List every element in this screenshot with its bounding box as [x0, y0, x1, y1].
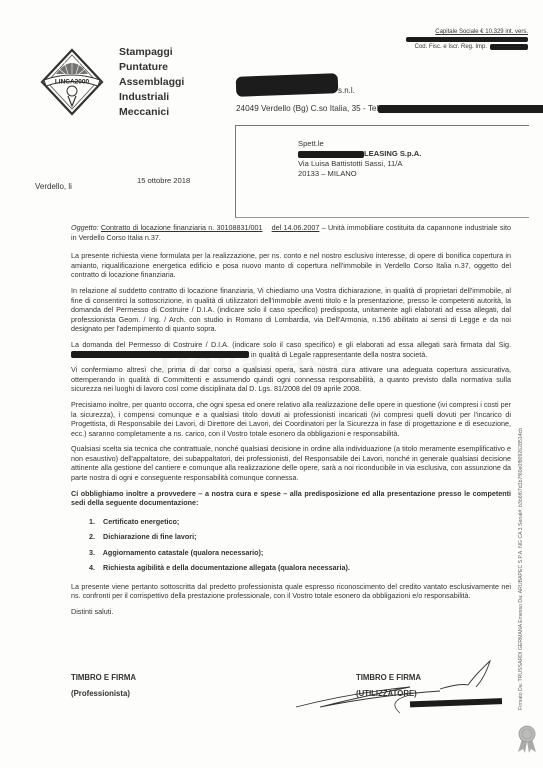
paragraph-text: in qualità di Legale rappresentante dell…: [251, 350, 427, 359]
tagline: Assemblaggi: [119, 75, 184, 90]
svg-text:LINCA2000: LINCA2000: [55, 79, 90, 86]
paragraph: In relazione al suddetto contratto di lo…: [71, 286, 511, 334]
paragraph: La presente viene pertanto sottoscritta …: [71, 582, 511, 601]
list-item: 3. Aggiornamento catastale (qualora nece…: [89, 545, 511, 561]
company-name: s.n.l.: [236, 75, 355, 95]
digital-signature-text: Firmato Da: TRUSSARDI GERMANA Emesso Da:…: [518, 428, 524, 710]
subject-label: Oggetto:: [71, 223, 99, 232]
paragraph: Precisiamo inoltre, per quanto occorra, …: [71, 400, 511, 438]
paragraph: La presente richiesta viene formulata pe…: [71, 251, 511, 280]
paragraph-text: La domanda del Permesso di Costruire / D…: [71, 340, 511, 349]
paragraph: Vi confermiamo altresì che, prima di dar…: [71, 365, 511, 394]
paragraph: La domanda del Permesso di Costruire / D…: [71, 340, 511, 359]
redaction: [490, 44, 528, 50]
redaction: [378, 105, 543, 113]
redaction: [406, 37, 528, 42]
list-item: 4. Richiesta agibilità e della documenta…: [89, 560, 511, 576]
list-label: Certificato energetico;: [103, 517, 179, 526]
subject-contract: Contratto di locazione finanziaria n. 30…: [101, 223, 263, 232]
list-number: 3.: [89, 545, 101, 561]
recipient-address: Spett.le LEASING S.p.A. Via Luisa Battis…: [298, 139, 421, 179]
recipient-name: LEASING S.p.A.: [298, 149, 421, 159]
tagline: Stampaggi: [119, 45, 184, 60]
address-text: 24049 Verdello (Bg) C.so Italia, 35 - Te…: [236, 104, 378, 113]
signature-role: (Professionista): [71, 686, 136, 702]
paragraph: Qualsiasi scelta sia tecnica che contrat…: [71, 444, 511, 482]
digital-signature-stamp: Firmato Da: TRUSSARDI GERMANA Emesso Da:…: [518, 320, 532, 720]
documents-list: 1. Certificato energetico; 2. Dichiarazi…: [71, 514, 511, 576]
subject-date: del 14.06.2007: [272, 223, 320, 232]
salutation: Spett.le: [298, 139, 421, 149]
list-item: 1. Certificato energetico;: [89, 514, 511, 530]
subject: Oggetto: Contratto di locazione finanzia…: [71, 223, 511, 242]
company-address: 24049 Verdello (Bg) C.so Italia, 35 - Te…: [236, 104, 543, 113]
list-item: 2. Dichiarazione di fine lavori;: [89, 529, 511, 545]
closing: Distinti saluti.: [71, 607, 511, 617]
redaction: [71, 351, 249, 358]
place: Verdello, li: [35, 182, 72, 191]
recipient-name-suffix: LEASING S.p.A.: [364, 149, 421, 159]
recipient-street: Via Luisa Battistotti Sassi, 11/A: [298, 159, 421, 169]
company-suffix: s.n.l.: [338, 86, 355, 95]
signature-title: TIMBRO E FIRMA: [71, 670, 136, 686]
company-legal-info: Capitale Sociale € 10.329 int. vers. Cod…: [398, 28, 528, 51]
company-taglines: Stampaggi Puntature Assemblaggi Industri…: [119, 45, 184, 120]
list-number: 1.: [89, 514, 101, 530]
redaction: [298, 151, 364, 158]
list-label: Aggiornamento catastale (qualora necessa…: [103, 548, 264, 557]
list-number: 4.: [89, 560, 101, 576]
recipient-city: 20133 – MILANO: [298, 169, 421, 179]
cod-fisc-label: Cod. Fisc. e Iscr. Reg. Imp.: [415, 43, 487, 51]
letter-body: Oggetto: Contratto di locazione finanzia…: [71, 223, 511, 623]
capitale-sociale: Capitale Sociale € 10.329 int. vers.: [398, 28, 528, 36]
linca-2000-logo: LINCA2000: [38, 46, 106, 118]
ribbon-seal-icon: [516, 725, 538, 753]
letter-date: 15 ottobre 2018: [137, 176, 190, 185]
paragraph: Ci obblighiamo inoltre a provvedere – a …: [71, 489, 511, 508]
redaction: [236, 73, 339, 97]
signature-professionista: TIMBRO E FIRMA (Professionista): [71, 670, 136, 702]
list-number: 2.: [89, 529, 101, 545]
list-label: Dichiarazione di fine lavori;: [103, 532, 196, 541]
handwritten-signature: [290, 655, 510, 715]
list-label: Richiesta agibilità e della documentazio…: [103, 563, 350, 572]
cod-fisc-line: Cod. Fisc. e Iscr. Reg. Imp.: [398, 43, 528, 51]
tagline: Puntature: [119, 60, 184, 75]
tagline: Industriali: [119, 90, 184, 105]
tagline: Meccanici: [119, 105, 184, 120]
